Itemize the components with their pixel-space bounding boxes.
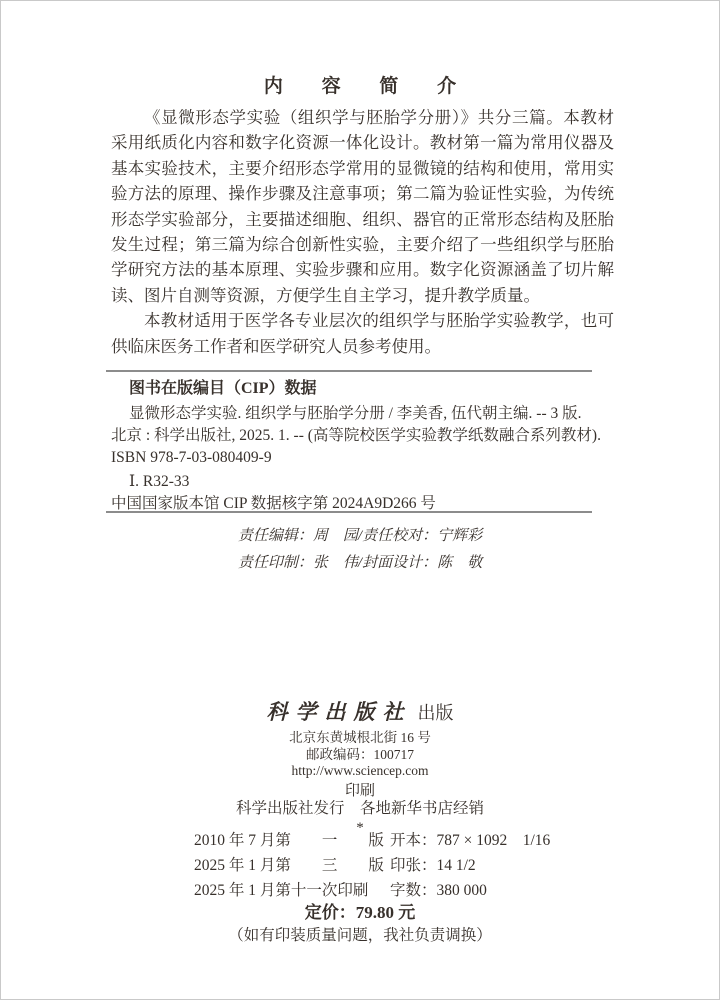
- publisher-logo: 科学出版社: [267, 700, 412, 724]
- edition-details: 2010 年 7 月第 一 版 开本：787 × 1092 1/16 2025 …: [194, 829, 550, 903]
- postal-code: 邮政编码：100717: [1, 747, 719, 764]
- page-title: 内 容 简 介: [1, 71, 719, 98]
- current-edition-date: 2025 年 1 月第 三 版: [194, 854, 390, 879]
- printer-line: 印刷: [1, 782, 719, 800]
- edition-date: 2010 年 7 月第 一 版: [194, 829, 390, 854]
- credits-line-printing: 责任印制：张 伟/封面设计：陈 敬: [1, 550, 719, 577]
- edition-row-first: 2010 年 7 月第 一 版 开本：787 × 1092 1/16: [194, 829, 550, 854]
- cip-line-classification: Ⅰ. R32-33: [129, 471, 621, 493]
- edition-row-current: 2025 年 1 月第 三 版 印张：14 1/2: [194, 854, 550, 879]
- website-url: http://www.sciencep.com: [1, 763, 719, 780]
- cip-heading: 图书在版编目（CIP）数据: [129, 378, 621, 400]
- publish-label: 出版: [418, 703, 454, 723]
- sheets-spec: 印张：14 1/2: [390, 854, 476, 879]
- cip-line-isbn: ISBN 978-7-03-080409-9: [111, 447, 621, 469]
- cip-line-publisher: 北京 : 科学出版社, 2025. 1. -- (高等院校医学实验教学纸数融合系…: [111, 425, 621, 447]
- price-line: 定价：79.80 元: [1, 898, 719, 923]
- cip-block: 图书在版编目（CIP）数据 显微形态学实验. 组织学与胚胎学分册 / 李美香, …: [111, 378, 621, 515]
- cip-bottom-rule: [106, 511, 592, 513]
- copyright-page: 内 容 简 介 《显微形态学实验（组织学与胚胎学分册）》共分三篇。本教材采用纸质…: [0, 0, 720, 1000]
- intro-section: 《显微形态学实验（组织学与胚胎学分册）》共分三篇。本教材采用纸质化内容和数字化资…: [111, 105, 614, 359]
- quality-note: （如有印装质量问题，我社负责调换）: [1, 923, 719, 945]
- publisher-logo-line: 科学出版社出版: [1, 699, 719, 728]
- staff-credits: 责任编辑：周 园/责任校对：宁辉彩 责任印制：张 伟/封面设计：陈 敬: [1, 523, 719, 577]
- cip-top-rule: [106, 370, 592, 372]
- cip-line-title: 显微形态学实验. 组织学与胚胎学分册 / 李美香, 伍代朝主编. -- 3 版.: [129, 403, 621, 425]
- intro-paragraph-2: 本教材适用于医学各专业层次的组织学与胚胎学实验教学，也可供临床医务工作者和医学研…: [111, 308, 614, 359]
- intro-paragraph-1: 《显微形态学实验（组织学与胚胎学分册）》共分三篇。本教材采用纸质化内容和数字化资…: [111, 105, 614, 308]
- imprint-section: 科学出版社出版 北京东黄城根北街 16 号 邮政编码：100717 http:/…: [1, 699, 719, 837]
- publisher-address: 北京东黄城根北街 16 号: [1, 730, 719, 747]
- credits-line-editor: 责任编辑：周 园/责任校对：宁辉彩: [1, 523, 719, 550]
- format-spec: 开本：787 × 1092 1/16: [390, 829, 550, 854]
- distribution-line: 科学出版社发行 各地新华书店经销: [1, 800, 719, 818]
